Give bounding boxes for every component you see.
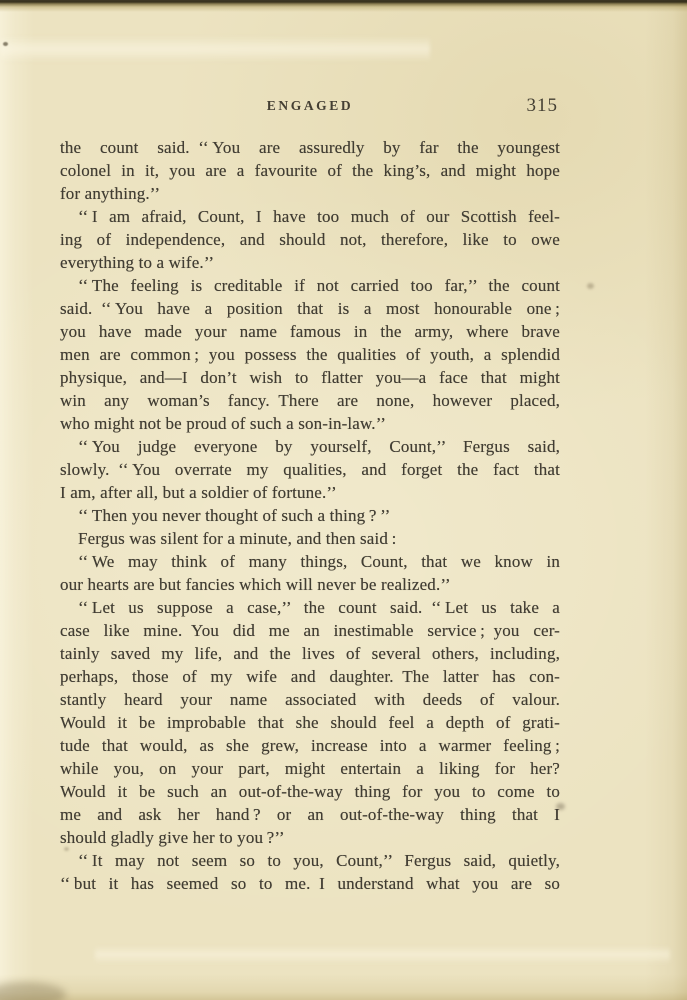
text-line: ‘‘ It may not seem so to you, Count,’’ F… [60,849,560,872]
text-line: stantly heard your name associated with … [60,688,560,711]
text-line: case like mine. You did me an inestimabl… [60,619,560,642]
text-line: physique, and—I don’t wish to flatter yo… [60,366,560,389]
running-head: ENGAGED 315 [60,95,560,119]
text-line: win any woman’s fancy. There are none, h… [60,389,560,412]
text-line: tude that would, as she grew, increase i… [60,734,560,757]
book-page: ENGAGED 315 the count said. ‘‘ You are a… [0,0,687,1000]
text-line: ‘‘ but it has seemed so to me. I underst… [60,872,560,895]
running-title: ENGAGED [267,98,353,114]
text-line: colonel in it, you are a favourite of th… [60,159,560,182]
text-line: ing of independence, and should not, the… [60,228,560,251]
text-block: the count said. ‘‘ You are assuredly by … [60,136,560,895]
text-line: slowly. ‘‘ You overrate my qualities, an… [60,458,560,481]
text-line: who might not be proud of such a son-in-… [60,412,560,435]
text-line: the count said. ‘‘ You are assuredly by … [60,136,560,159]
text-line: ‘‘ You judge everyone by yourself, Count… [60,435,560,458]
text-line: me and ask her hand ? or an out-of-the-w… [60,803,560,826]
text-line: for anything.’’ [60,182,560,205]
scan-light-streak [0,36,430,62]
text-line: ‘‘ The feeling is creditable if not carr… [60,274,560,297]
text-line: our hearts are but fancies which will ne… [60,573,560,596]
text-line: Fergus was silent for a minute, and then… [60,527,560,550]
text-line: said. ‘‘ You have a position that is a m… [60,297,560,320]
text-line: Would it be improbable that she should f… [60,711,560,734]
scan-smudge [0,982,66,1000]
text-line: ‘‘ Let us suppose a case,’’ the count sa… [60,596,560,619]
text-line: I am, after all, but a soldier of fortun… [60,481,560,504]
text-line: tainly saved my life, and the lives of s… [60,642,560,665]
scan-speck [587,283,594,289]
text-line: ‘‘ We may think of many things, Count, t… [60,550,560,573]
scan-speck [3,42,8,46]
text-line: Would it be such an out-of-the-way thing… [60,780,560,803]
text-line: ‘‘ Then you never thought of such a thin… [60,504,560,527]
text-line: perhaps, those of my wife and daughter. … [60,665,560,688]
text-line: while you, on your part, might entertain… [60,757,560,780]
text-line: men are common ; you possess the qualiti… [60,343,560,366]
page-number: 315 [527,95,559,117]
text-line: you have made your name famous in the ar… [60,320,560,343]
text-line: should gladly give her to you ?’’ [60,826,560,849]
text-line: ‘‘ I am afraid, Count, I have too much o… [60,205,560,228]
text-line: everything to a wife.’’ [60,251,560,274]
scan-light-streak [95,946,670,964]
